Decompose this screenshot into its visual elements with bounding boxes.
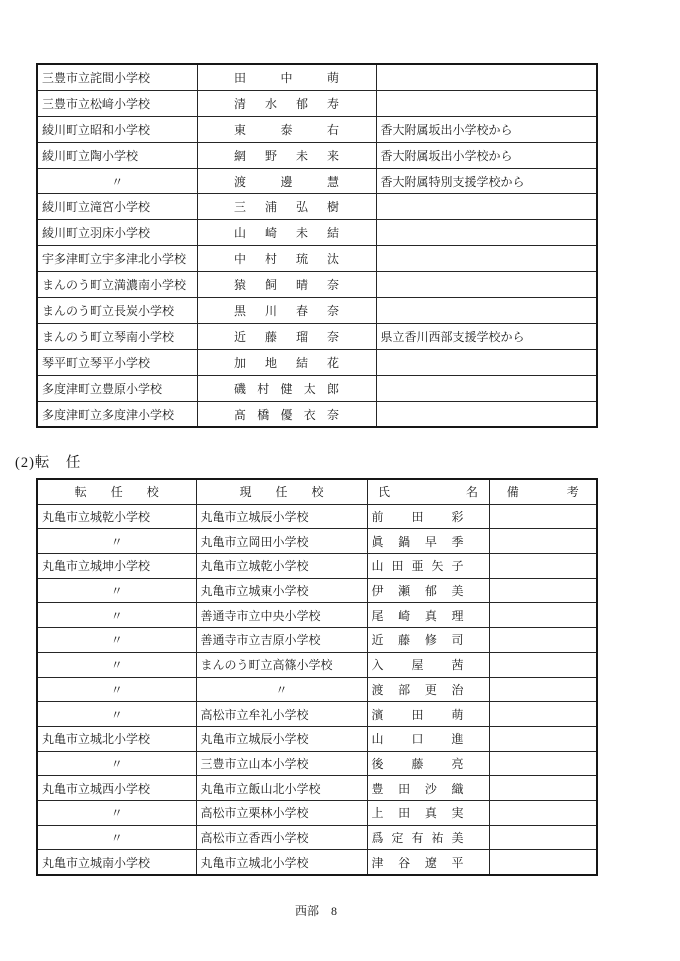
person-name: 前田彩 <box>372 508 464 525</box>
upper-appointment-table: 三豊市立詫間小学校田中萌三豊市立松﨑小学校清水郁寿綾川町立昭和小学校東泰右香大附… <box>36 63 598 428</box>
table-row: 〃丸亀市立岡田小学校眞鍋早季 <box>37 529 597 554</box>
table-row: 〃三豊市立山本小学校後藤亮 <box>37 751 597 776</box>
person-name: 髙橋優衣奈 <box>234 406 339 423</box>
header-current-school-label: 現任校 <box>240 483 324 500</box>
table-row: 〃善通寺市立中央小学校尾崎真理 <box>37 603 597 628</box>
person-name: 田中萌 <box>234 69 339 86</box>
name-cell: 後藤亮 <box>367 751 489 776</box>
person-name: 山口進 <box>372 730 464 747</box>
person-name: 近藤修司 <box>372 631 464 648</box>
name-cell: 山田亜矢子 <box>367 554 489 579</box>
table-row: まんのう町立琴南小学校近藤瑠奈県立香川西部支援学校から <box>37 323 597 349</box>
remarks-cell <box>489 554 597 579</box>
school-cell: 綾川町立羽床小学校 <box>37 220 197 246</box>
name-cell: 津谷遼平 <box>367 850 489 875</box>
current-school-cell: 高松市立牟礼小学校 <box>196 702 367 727</box>
transfer-school-cell: 〃 <box>37 628 196 653</box>
current-school-cell: 丸亀市立城北小学校 <box>196 850 367 875</box>
transfer-school-cell: 〃 <box>37 702 196 727</box>
school-cell: まんのう町立長炭小学校 <box>37 298 197 324</box>
transfer-school-cell: 〃 <box>37 825 196 850</box>
name-cell: 眞鍋早季 <box>367 529 489 554</box>
remarks-cell <box>489 652 597 677</box>
remarks-cell <box>376 349 597 375</box>
remarks-cell <box>376 375 597 401</box>
transfer-table: 転任校 現任校 氏名 備考 丸亀市立城乾小学校丸亀市立城辰小学校前田彩〃丸亀市立… <box>36 478 598 876</box>
current-school-cell: 三豊市立山本小学校 <box>196 751 367 776</box>
person-name: 山崎未結 <box>234 224 339 241</box>
school-cell: まんのう町立満濃南小学校 <box>37 272 197 298</box>
transfer-school-cell: 〃 <box>37 529 196 554</box>
person-name: 中村琉汰 <box>234 250 339 267</box>
table-row: 〃高松市立牟礼小学校濱田萌 <box>37 702 597 727</box>
person-name: 網野未来 <box>234 147 339 164</box>
remarks-cell: 香大附属坂出小学校から <box>376 116 597 142</box>
remarks-cell <box>376 90 597 116</box>
name-cell: 濱田萌 <box>367 702 489 727</box>
name-cell: 網野未来 <box>197 142 376 168</box>
current-school-cell: 丸亀市立城東小学校 <box>196 578 367 603</box>
name-cell: 近藤修司 <box>367 628 489 653</box>
name-cell: 入屋茜 <box>367 652 489 677</box>
remarks-cell <box>489 726 597 751</box>
remarks-cell <box>376 194 597 220</box>
school-cell: まんのう町立琴南小学校 <box>37 323 197 349</box>
table-row: 丸亀市立城坤小学校丸亀市立城乾小学校山田亜矢子 <box>37 554 597 579</box>
table-row: 多度津町立豊原小学校磯村健太郎 <box>37 375 597 401</box>
remarks-cell <box>489 529 597 554</box>
table-row: 宇多津町立宇多津北小学校中村琉汰 <box>37 246 597 272</box>
person-name: 渡邊慧 <box>234 173 339 190</box>
person-name: 清水郁寿 <box>234 95 339 112</box>
transfer-school-cell: 丸亀市立城坤小学校 <box>37 554 196 579</box>
remarks-cell <box>489 504 597 529</box>
name-cell: 豊田沙織 <box>367 776 489 801</box>
header-transfer-school-label: 転任校 <box>75 483 159 500</box>
transfer-table-body: 丸亀市立城乾小学校丸亀市立城辰小学校前田彩〃丸亀市立岡田小学校眞鍋早季丸亀市立城… <box>37 504 597 875</box>
table-row: 〃まんのう町立高篠小学校入屋茜 <box>37 652 597 677</box>
transfer-school-cell: 〃 <box>37 603 196 628</box>
table-row: 〃善通寺市立吉原小学校近藤修司 <box>37 628 597 653</box>
remarks-cell <box>489 677 597 702</box>
current-school-cell: 丸亀市立城辰小学校 <box>196 504 367 529</box>
school-cell: 綾川町立昭和小学校 <box>37 116 197 142</box>
name-cell: 山崎未結 <box>197 220 376 246</box>
transfer-school-cell: 丸亀市立城南小学校 <box>37 850 196 875</box>
person-name: 加地結花 <box>234 354 339 371</box>
person-name: 濱田萌 <box>372 706 464 723</box>
name-cell: 田中萌 <box>197 64 376 90</box>
person-name: 黒川春奈 <box>234 302 339 319</box>
transfer-school-cell: 〃 <box>37 578 196 603</box>
header-transfer-school: 転任校 <box>37 479 196 504</box>
remarks-cell <box>489 800 597 825</box>
remarks-cell <box>376 298 597 324</box>
school-cell: 多度津町立豊原小学校 <box>37 375 197 401</box>
table-row: 丸亀市立城北小学校丸亀市立城辰小学校山口進 <box>37 726 597 751</box>
person-name: 入屋茜 <box>372 656 464 673</box>
current-school-cell: 善通寺市立吉原小学校 <box>196 628 367 653</box>
school-cell: 琴平町立琴平小学校 <box>37 349 197 375</box>
name-cell: 伊瀬郁美 <box>367 578 489 603</box>
current-school-cell: 〃 <box>196 677 367 702</box>
remarks-cell <box>489 850 597 875</box>
person-name: 山田亜矢子 <box>372 557 464 574</box>
person-name: 眞鍋早季 <box>372 533 464 550</box>
current-school-cell: 高松市立香西小学校 <box>196 825 367 850</box>
person-name: 三浦弘樹 <box>234 198 339 215</box>
remarks-cell: 県立香川西部支援学校から <box>376 323 597 349</box>
remarks-cell <box>489 702 597 727</box>
name-cell: 渡部更治 <box>367 677 489 702</box>
school-cell: 綾川町立滝宮小学校 <box>37 194 197 220</box>
remarks-cell <box>376 246 597 272</box>
table-row: 綾川町立滝宮小学校三浦弘樹 <box>37 194 597 220</box>
remarks-cell <box>489 776 597 801</box>
name-cell: 東泰右 <box>197 116 376 142</box>
name-cell: 三浦弘樹 <box>197 194 376 220</box>
transfer-school-cell: 〃 <box>37 652 196 677</box>
section-title: (2)転 任 <box>15 451 81 472</box>
name-cell: 清水郁寿 <box>197 90 376 116</box>
table-row: 〃〃渡部更治 <box>37 677 597 702</box>
school-cell: 三豊市立詫間小学校 <box>37 64 197 90</box>
person-name: 近藤瑠奈 <box>234 328 339 345</box>
name-cell: 黒川春奈 <box>197 298 376 324</box>
header-name: 氏名 <box>367 479 489 504</box>
table-row: まんのう町立長炭小学校黒川春奈 <box>37 298 597 324</box>
remarks-cell <box>376 272 597 298</box>
table-row: 〃丸亀市立城東小学校伊瀬郁美 <box>37 578 597 603</box>
name-cell: 近藤瑠奈 <box>197 323 376 349</box>
remarks-cell <box>489 603 597 628</box>
person-name: 津谷遼平 <box>372 854 464 871</box>
remarks-cell: 香大附属特別支援学校から <box>376 168 597 194</box>
remarks-cell <box>376 64 597 90</box>
current-school-cell: 高松市立栗林小学校 <box>196 800 367 825</box>
header-remarks-label: 備考 <box>507 483 579 500</box>
name-cell: 爲定有祐美 <box>367 825 489 850</box>
person-name: 豊田沙織 <box>372 780 464 797</box>
name-cell: 猿飼晴奈 <box>197 272 376 298</box>
transfer-school-cell: 〃 <box>37 677 196 702</box>
table-row: 三豊市立松﨑小学校清水郁寿 <box>37 90 597 116</box>
person-name: 猿飼晴奈 <box>234 276 339 293</box>
remarks-cell <box>489 628 597 653</box>
remarks-cell <box>376 401 597 427</box>
person-name: 磯村健太郎 <box>234 380 339 397</box>
transfer-school-cell: 丸亀市立城西小学校 <box>37 776 196 801</box>
name-cell: 前田彩 <box>367 504 489 529</box>
person-name: 東泰右 <box>234 121 339 138</box>
school-cell: 綾川町立陶小学校 <box>37 142 197 168</box>
school-cell: 〃 <box>37 168 197 194</box>
person-name: 後藤亮 <box>372 755 464 772</box>
name-cell: 中村琉汰 <box>197 246 376 272</box>
current-school-cell: 善通寺市立中央小学校 <box>196 603 367 628</box>
school-cell: 宇多津町立宇多津北小学校 <box>37 246 197 272</box>
table-row: 〃高松市立栗林小学校上田真実 <box>37 800 597 825</box>
transfer-school-cell: 〃 <box>37 751 196 776</box>
name-cell: 髙橋優衣奈 <box>197 401 376 427</box>
name-cell: 磯村健太郎 <box>197 375 376 401</box>
school-cell: 三豊市立松﨑小学校 <box>37 90 197 116</box>
table-row: 綾川町立羽床小学校山崎未結 <box>37 220 597 246</box>
remarks-cell <box>489 578 597 603</box>
transfer-school-cell: 丸亀市立城乾小学校 <box>37 504 196 529</box>
name-cell: 山口進 <box>367 726 489 751</box>
school-cell: 多度津町立多度津小学校 <box>37 401 197 427</box>
header-current-school: 現任校 <box>196 479 367 504</box>
page-footer: 西部 8 <box>36 902 596 919</box>
table-row: 綾川町立陶小学校網野未来香大附属坂出小学校から <box>37 142 597 168</box>
person-name: 伊瀬郁美 <box>372 582 464 599</box>
upper-table-body: 三豊市立詫間小学校田中萌三豊市立松﨑小学校清水郁寿綾川町立昭和小学校東泰右香大附… <box>37 64 597 427</box>
transfer-school-cell: 〃 <box>37 800 196 825</box>
table-row: 琴平町立琴平小学校加地結花 <box>37 349 597 375</box>
table-row: 綾川町立昭和小学校東泰右香大附属坂出小学校から <box>37 116 597 142</box>
person-name: 渡部更治 <box>372 681 464 698</box>
name-cell: 渡邊慧 <box>197 168 376 194</box>
person-name: 上田真実 <box>372 804 464 821</box>
name-cell: 上田真実 <box>367 800 489 825</box>
current-school-cell: 丸亀市立飯山北小学校 <box>196 776 367 801</box>
remarks-cell <box>376 220 597 246</box>
transfer-school-cell: 丸亀市立城北小学校 <box>37 726 196 751</box>
name-cell: 尾崎真理 <box>367 603 489 628</box>
current-school-cell: 丸亀市立城乾小学校 <box>196 554 367 579</box>
current-school-cell: まんのう町立高篠小学校 <box>196 652 367 677</box>
current-school-cell: 丸亀市立城辰小学校 <box>196 726 367 751</box>
header-row: 転任校 現任校 氏名 備考 <box>37 479 597 504</box>
header-remarks: 備考 <box>489 479 597 504</box>
header-name-label: 氏名 <box>378 483 478 500</box>
table-row: 〃渡邊慧香大附属特別支援学校から <box>37 168 597 194</box>
current-school-cell: 丸亀市立岡田小学校 <box>196 529 367 554</box>
name-cell: 加地結花 <box>197 349 376 375</box>
transfer-table-header: 転任校 現任校 氏名 備考 <box>37 479 597 504</box>
table-row: 丸亀市立城西小学校丸亀市立飯山北小学校豊田沙織 <box>37 776 597 801</box>
person-name: 爲定有祐美 <box>372 829 464 846</box>
table-row: 三豊市立詫間小学校田中萌 <box>37 64 597 90</box>
table-row: 多度津町立多度津小学校髙橋優衣奈 <box>37 401 597 427</box>
table-row: まんのう町立満濃南小学校猿飼晴奈 <box>37 272 597 298</box>
table-row: 〃高松市立香西小学校爲定有祐美 <box>37 825 597 850</box>
person-name: 尾崎真理 <box>372 607 464 624</box>
remarks-cell <box>489 825 597 850</box>
remarks-cell: 香大附属坂出小学校から <box>376 142 597 168</box>
remarks-cell <box>489 751 597 776</box>
table-row: 丸亀市立城乾小学校丸亀市立城辰小学校前田彩 <box>37 504 597 529</box>
table-row: 丸亀市立城南小学校丸亀市立城北小学校津谷遼平 <box>37 850 597 875</box>
